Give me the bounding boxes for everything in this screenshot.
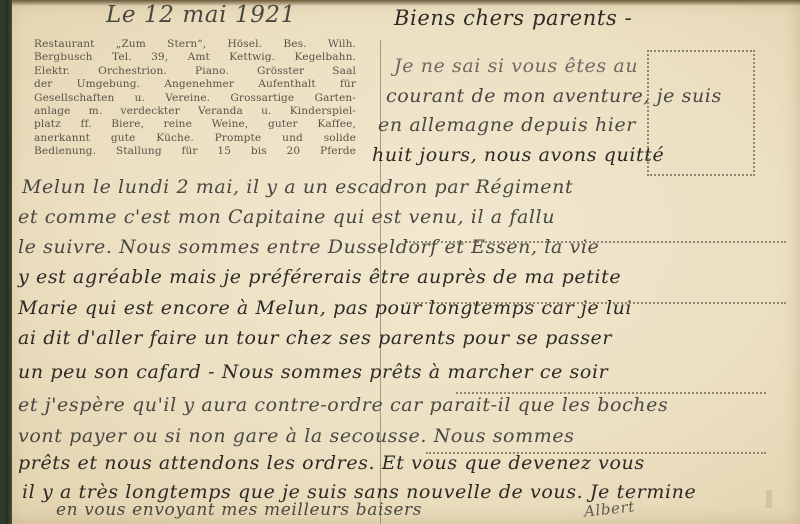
card-edge-shadow (6, 0, 12, 524)
ad-line: der Umgebung. Angenehmer Aufenthalt für (34, 78, 356, 91)
letter-line: y est agréable mais je préférerais être … (18, 266, 621, 288)
ad-line: Bedienung. Stallung für 15 bis 20 Pferde (34, 145, 356, 158)
ad-line: Restaurant „Zum Stern“, Hösel. Bes. Wilh… (34, 38, 356, 51)
ad-line: anlage m. verdeckter Veranda u. Kindersp… (34, 105, 356, 118)
ad-line: Bergbusch Tel. 39, Amt Kettwig. Kegelbah… (34, 51, 356, 64)
letter-line: en vous envoyant mes meilleurs baisers (56, 500, 422, 520)
ad-line: anerkannt gute Küche. Prompte und solide (34, 132, 356, 145)
letter-salutation: Biens chers parents - (394, 6, 632, 30)
letter-line: le suivre. Nous sommes entre Dusseldorf … (18, 236, 599, 258)
letter-line: prêts et nous attendons les ordres. Et v… (18, 452, 645, 474)
handwritten-date: Le 12 mai 1921 (106, 2, 296, 28)
letter-line: huit jours, nous avons quitté (372, 144, 664, 166)
letter-line: ai dit d'aller faire un tour chez ses pa… (18, 327, 612, 349)
ad-line: platz ff. Biere, reine Weine, guter Kaff… (34, 118, 356, 131)
postcard: Le 12 mai 1921 Restaurant „Zum Stern“, H… (6, 0, 800, 524)
letter-line: Melun le lundi 2 mai, il y a un escadron… (22, 176, 573, 198)
stain (766, 490, 772, 508)
letter-line: vont payer ou si non gare à la secousse.… (18, 425, 575, 447)
letter-line: et j'espère qu'il y aura contre-ordre ca… (18, 394, 668, 416)
printed-advertisement: Restaurant „Zum Stern“, Hösel. Bes. Wilh… (34, 38, 356, 159)
letter-line: un peu son cafard - Nous sommes prêts à … (18, 361, 608, 383)
letter-line: et comme c'est mon Capitaine qui est ven… (18, 206, 555, 228)
letter-line: en allemagne depuis hier (378, 114, 636, 136)
signature: Albert (583, 497, 636, 520)
letter-line: Marie qui est encore à Melun, pas pour l… (18, 297, 632, 319)
letter-line: Je ne sai si vous êtes au (394, 55, 638, 77)
letter-line: courant de mon aventure, je suis (386, 85, 722, 107)
ad-line: Gesellschaften u. Vereine. Grossartige G… (34, 92, 356, 105)
ad-line: Elektr. Orchestrion. Piano. Grösster Saa… (34, 65, 356, 78)
